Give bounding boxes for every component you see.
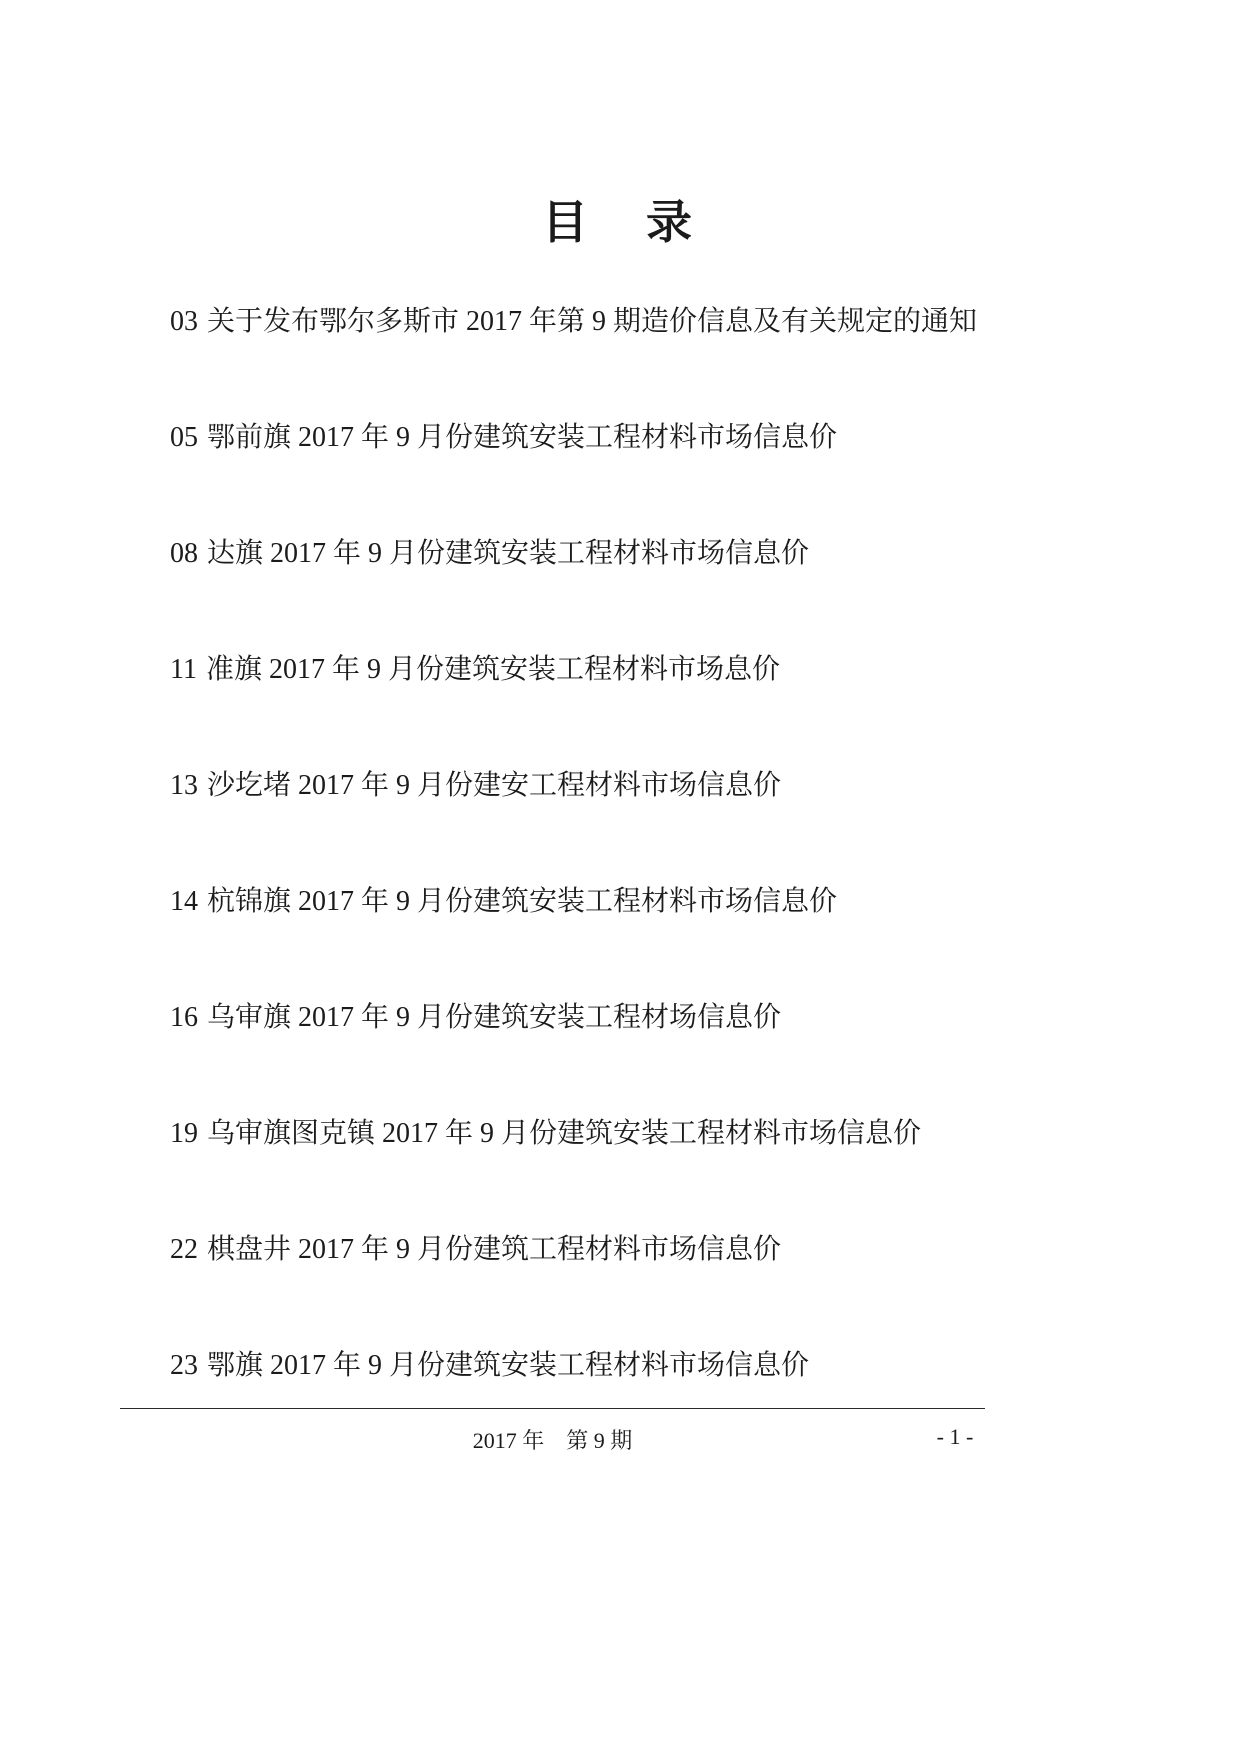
toc-entry-title: 乌审旗图克镇 2017 年 9 月份建筑安装工程材料市场信息价 <box>207 1118 921 1149</box>
document-page: 目 录 03关于发布鄂尔多斯市 2017 年第 9 期造价信息及有关规定的通知 … <box>0 0 1240 1754</box>
toc-entry: 19乌审旗图克镇 2017 年 9 月份建筑安装工程材料市场信息价 <box>170 1118 960 1149</box>
toc-entry-title: 鄂前旗 2017 年 9 月份建筑安装工程材料市场信息价 <box>207 422 837 453</box>
toc-entry-page-number: 19 <box>170 1118 198 1149</box>
toc-entry-title: 沙圪堵 2017 年 9 月份建安工程材料市场信息价 <box>207 770 781 801</box>
toc-entry: 05鄂前旗 2017 年 9 月份建筑安装工程材料市场信息价 <box>170 422 960 453</box>
toc-entry: 14杭锦旗 2017 年 9 月份建筑安装工程材料市场信息价 <box>170 886 960 917</box>
toc-entry-page-number: 16 <box>170 1002 198 1033</box>
toc-entry-page-number: 14 <box>170 886 198 917</box>
toc-entry-title: 乌审旗 2017 年 9 月份建筑安装工程材场信息价 <box>207 1002 781 1033</box>
footer-page-number: - 1 - <box>920 1424 990 1450</box>
toc-entry: 23鄂旗 2017 年 9 月份建筑安装工程材料市场信息价 <box>170 1350 960 1381</box>
toc-entry-page-number: 22 <box>170 1234 198 1265</box>
toc-entry-title: 杭锦旗 2017 年 9 月份建筑安装工程材料市场信息价 <box>207 886 837 917</box>
footer-divider <box>120 1408 985 1409</box>
toc-entry-page-number: 23 <box>170 1350 198 1381</box>
footer-issue-label: 2017 年 第 9 期 <box>120 1424 985 1455</box>
toc-entry-title: 关于发布鄂尔多斯市 2017 年第 9 期造价信息及有关规定的通知 <box>207 306 977 337</box>
toc-entry-title: 准旗 2017 年 9 月份建筑安装工程材料市场息价 <box>206 654 780 685</box>
toc-entry: 22棋盘井 2017 年 9 月份建筑工程材料市场信息价 <box>170 1234 960 1265</box>
toc-entry: 13沙圪堵 2017 年 9 月份建安工程材料市场信息价 <box>170 770 960 801</box>
toc-entry-page-number: 05 <box>170 422 198 453</box>
page-title: 目 录 <box>0 186 1240 252</box>
toc-entry-page-number: 11 <box>170 654 197 685</box>
toc-entry: 16乌审旗 2017 年 9 月份建筑安装工程材场信息价 <box>170 1002 960 1033</box>
toc-entry-title: 棋盘井 2017 年 9 月份建筑工程材料市场信息价 <box>207 1234 781 1265</box>
toc-entry: 11准旗 2017 年 9 月份建筑安装工程材料市场息价 <box>170 654 960 685</box>
toc-entry-page-number: 13 <box>170 770 198 801</box>
toc-entry: 03关于发布鄂尔多斯市 2017 年第 9 期造价信息及有关规定的通知 <box>170 306 960 337</box>
toc-entry-title: 鄂旗 2017 年 9 月份建筑安装工程材料市场信息价 <box>207 1350 809 1381</box>
toc-entry: 08达旗 2017 年 9 月份建筑安装工程材料市场信息价 <box>170 538 960 569</box>
toc-entry-page-number: 08 <box>170 538 198 569</box>
toc-entry-page-number: 03 <box>170 306 198 337</box>
toc-list: 03关于发布鄂尔多斯市 2017 年第 9 期造价信息及有关规定的通知 05鄂前… <box>170 306 960 1381</box>
toc-entry-title: 达旗 2017 年 9 月份建筑安装工程材料市场信息价 <box>207 538 809 569</box>
